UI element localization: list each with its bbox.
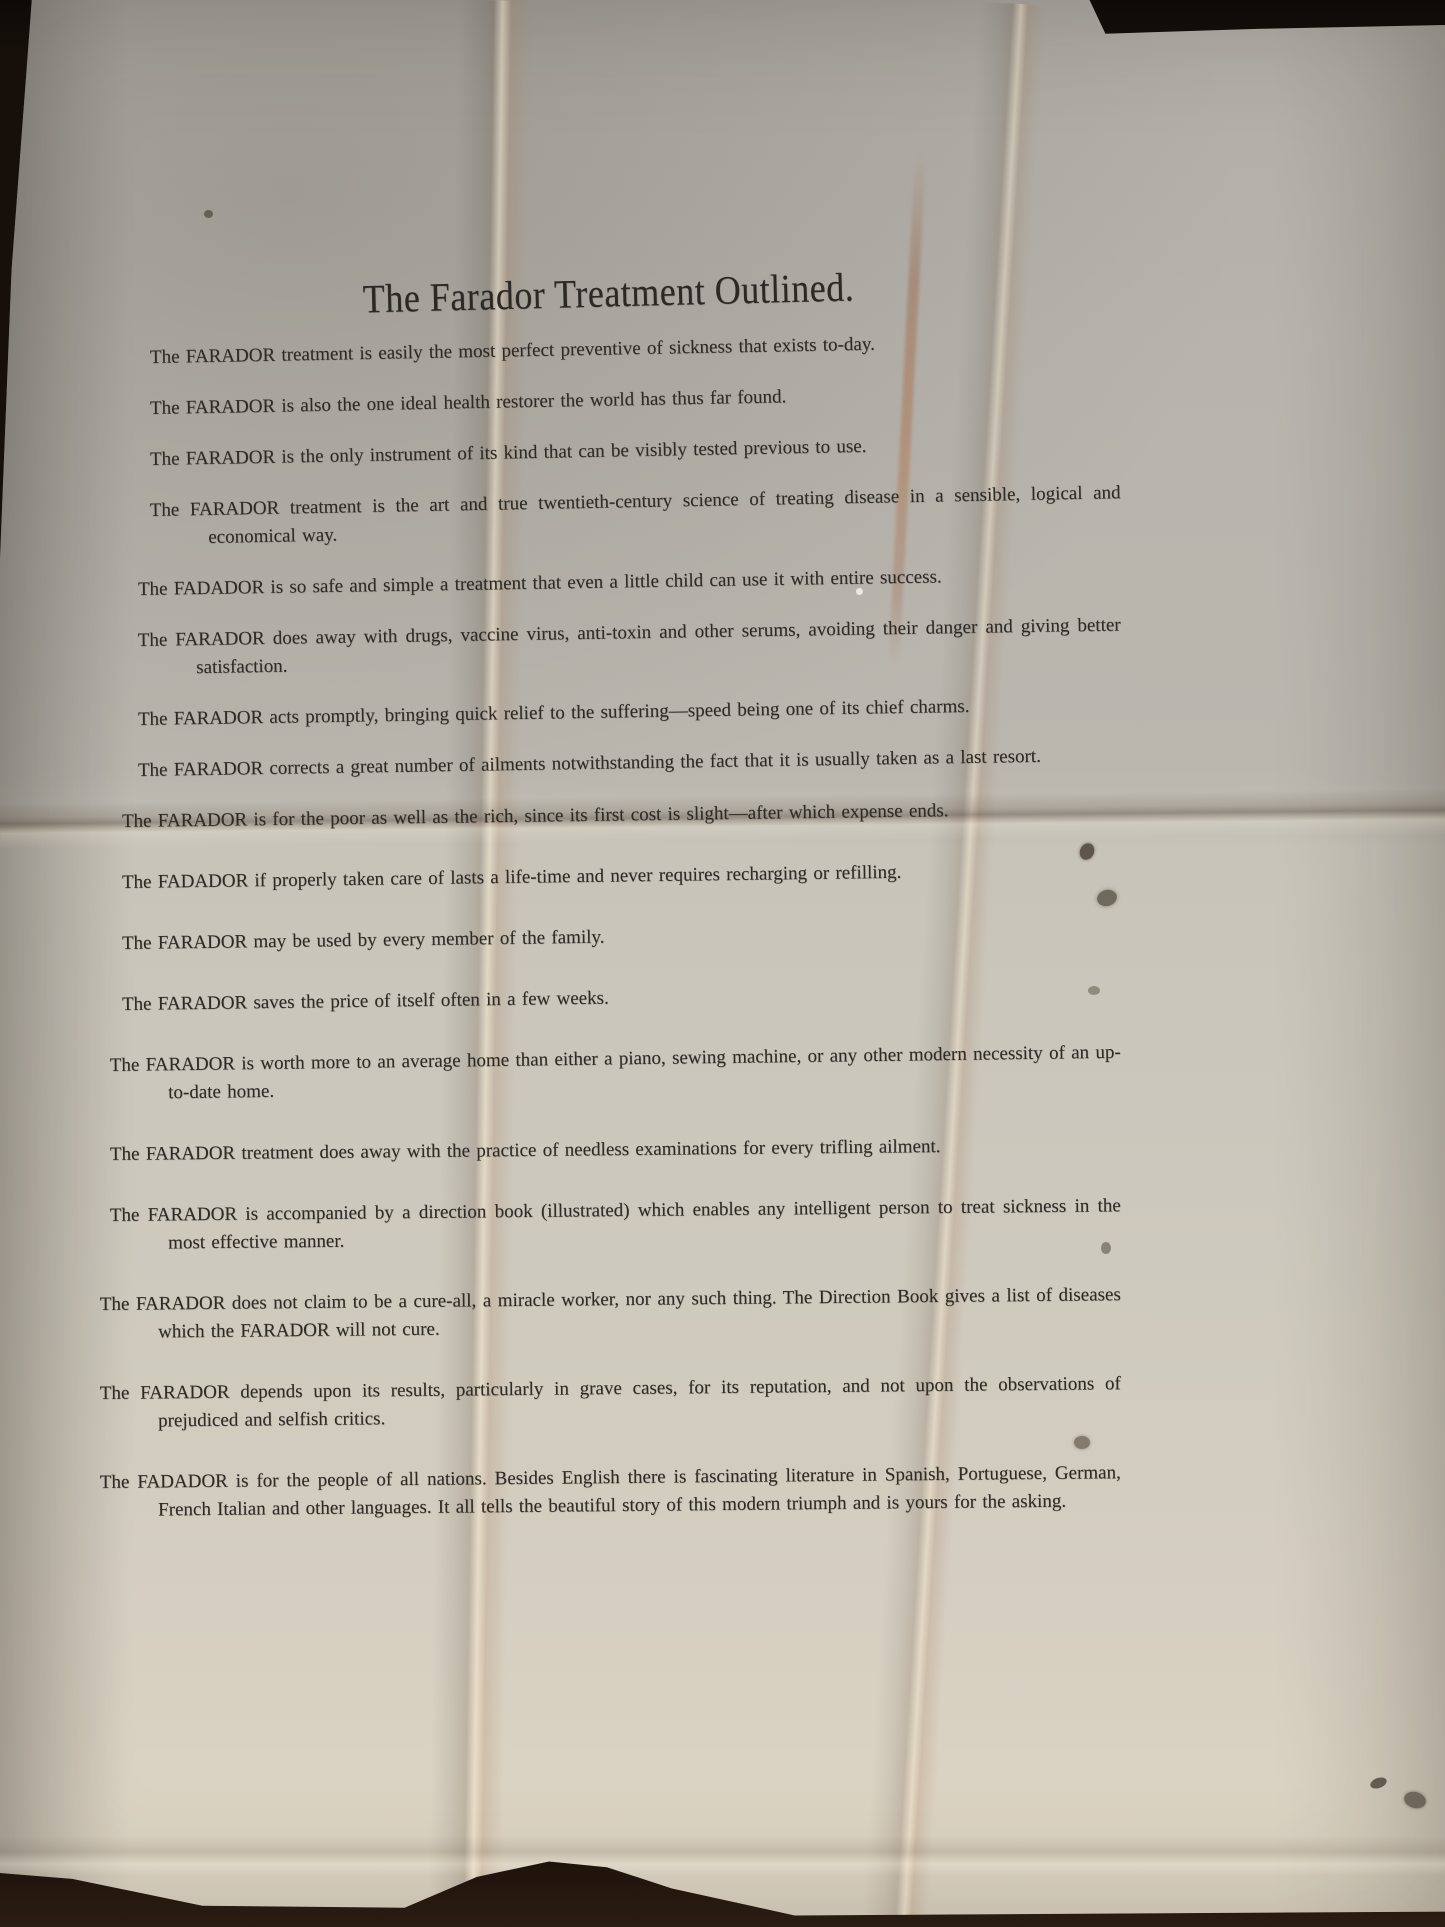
paragraph-list: The FARADOR treatment is easily the most…	[96, 344, 1121, 1525]
paragraph: The FARADOR acts promptly, bringing quic…	[138, 691, 1121, 734]
paragraph: The FARADOR depends upon its results, pa…	[100, 1370, 1121, 1436]
paragraph: The FARADOR is worth more to an average …	[110, 1039, 1122, 1108]
paper-stain	[1369, 1775, 1388, 1790]
paragraph: The FARADOR may be used by every member …	[122, 917, 1121, 958]
paragraph: The FARADOR treatment does away with the…	[110, 1131, 1121, 1169]
document-title: The Farador Treatment Outlined.	[96, 257, 1122, 329]
paragraph: The FARADOR does away with drugs, vaccin…	[138, 612, 1122, 683]
paragraph: The FARADOR saves the price of itself of…	[122, 978, 1121, 1019]
paragraph: The FARADOR is for the poor as well as t…	[122, 795, 1121, 836]
paper-stain	[1402, 1789, 1427, 1810]
paragraph: The FADADOR is for the people of all nat…	[100, 1459, 1121, 1525]
photo-background: The Farador Treatment Outlined. The FARA…	[0, 0, 1445, 1927]
paragraph: The FARADOR treatment is the art and tru…	[149, 479, 1121, 553]
paragraph: The FARADOR is the only instrument of it…	[150, 428, 1121, 474]
paragraph: The FARADOR treatment is easily the most…	[150, 326, 1121, 372]
paragraph: The FARADOR corrects a great number of a…	[138, 742, 1121, 785]
paragraph: The FADADOR is so safe and simple a trea…	[138, 561, 1121, 604]
paragraph: The FARADOR is accompanied by a directio…	[110, 1192, 1121, 1258]
bottom-fold-crease	[0, 1836, 1445, 1876]
document-content: The Farador Treatment Outlined. The FARA…	[96, 0, 1121, 1558]
paragraph: The FARADOR is also the one ideal health…	[150, 377, 1121, 423]
paragraph: The FADADOR if properly taken care of la…	[122, 856, 1121, 897]
paper-document: The Farador Treatment Outlined. The FARA…	[0, 0, 1445, 1927]
paragraph: The FARADOR does not claim to be a cure-…	[100, 1281, 1121, 1347]
